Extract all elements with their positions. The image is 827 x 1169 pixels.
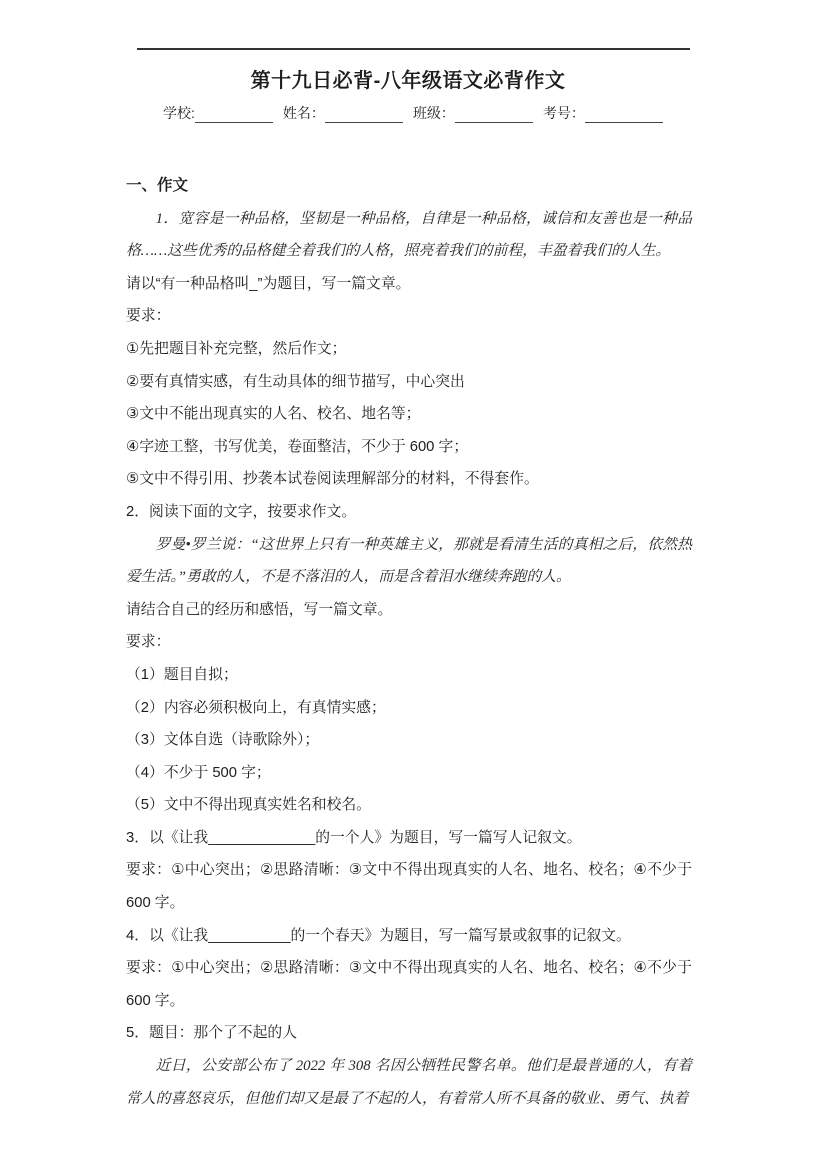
info-field-label: 班级： — [413, 103, 455, 123]
info-field-blank-line — [195, 105, 273, 123]
q1-requirement-1: ①先把题目补充完整，然后作文； — [126, 333, 692, 366]
q1-prompt: 请以“有一种品格叫_”为题目，写一篇文章。 — [126, 268, 692, 301]
header-divider — [137, 48, 690, 50]
content-area: 一、作文 1．宽容是一种品格，坚韧是一种品格，自律是一种品格，诚信和友善也是一种… — [126, 170, 692, 1115]
q2-stem: 罗曼•罗兰说：“这世界上只有一种英雄主义，那就是看清生活的真相之后，依然热爱生活… — [126, 529, 692, 594]
q2-requirement-3: （3）文体自选（诗歌除外）； — [126, 724, 692, 757]
info-field-label: 考号： — [543, 103, 585, 123]
q5-stem: 近日，公安部公布了 2022 年 308 名因公牺牲民警名单。他们是最普通的人，… — [126, 1050, 692, 1115]
q3-prompt: 3．以《让我_____________的一个人》为题目，写一篇写人记叙文。 — [126, 822, 692, 855]
student-info-line: 学校: 姓名： 班级： 考号： — [163, 103, 663, 123]
q1-requirement-4: ④字迹工整，书写优美，卷面整洁，不少于 600 字； — [126, 431, 692, 464]
q2-intro: 2．阅读下面的文字，按要求作文。 — [126, 496, 692, 529]
info-field-label: 学校: — [163, 103, 195, 123]
q3-requirements: 要求：①中心突出；②思路清晰：③文中不得出现真实的人名、地名、校名；④不少于 6… — [126, 854, 692, 919]
q2-requirements-label: 要求： — [126, 626, 692, 659]
info-field-blank-line — [585, 105, 663, 123]
q1-requirement-3: ③文中不能出现真实的人名、校名、地名等； — [126, 398, 692, 431]
q1-stem: 1．宽容是一种品格，坚韧是一种品格，自律是一种品格，诚信和友善也是一种品格……这… — [126, 203, 692, 268]
paragraph-list: 1．宽容是一种品格，坚韧是一种品格，自律是一种品格，诚信和友善也是一种品格……这… — [126, 203, 692, 1116]
q2-prompt: 请结合自己的经历和感悟，写一篇文章。 — [126, 594, 692, 627]
info-field: 姓名： — [283, 103, 403, 123]
q2-requirement-5: （5）文中不得出现真实姓名和校名。 — [126, 789, 692, 822]
q2-requirement-1: （1）题目自拟； — [126, 659, 692, 692]
q5-title: 5．题目：那个了不起的人 — [126, 1017, 692, 1050]
q1-requirement-2: ②要有真情实感，有生动具体的细节描写，中心突出 — [126, 366, 692, 399]
info-field: 学校: — [163, 103, 273, 123]
info-field: 班级： — [413, 103, 533, 123]
q2-requirement-4: （4）不少于 500 字； — [126, 757, 692, 790]
info-field-blank-line — [455, 105, 533, 123]
q2-requirement-2: （2）内容必须积极向上，有真情实感； — [126, 692, 692, 725]
info-field: 考号： — [543, 103, 663, 123]
page-title: 第十九日必背-八年级语文必背作文 — [126, 64, 690, 93]
q4-prompt: 4．以《让我__________的一个春天》为题目，写一篇写景或叙事的记叙文。 — [126, 920, 692, 953]
section-heading: 一、作文 — [126, 170, 692, 203]
info-field-blank-line — [325, 105, 403, 123]
q4-requirements: 要求：①中心突出；②思路清晰：③文中不得出现真实的人名、地名、校名；④不少于 6… — [126, 952, 692, 1017]
info-field-label: 姓名： — [283, 103, 325, 123]
q1-requirements-label: 要求： — [126, 300, 692, 333]
q1-requirement-5: ⑤文中不得引用、抄袭本试卷阅读理解部分的材料，不得套作。 — [126, 463, 692, 496]
exam-worksheet-page: 第十九日必背-八年级语文必背作文 学校: 姓名： 班级： 考号： 一、作文 1．… — [0, 0, 827, 1169]
